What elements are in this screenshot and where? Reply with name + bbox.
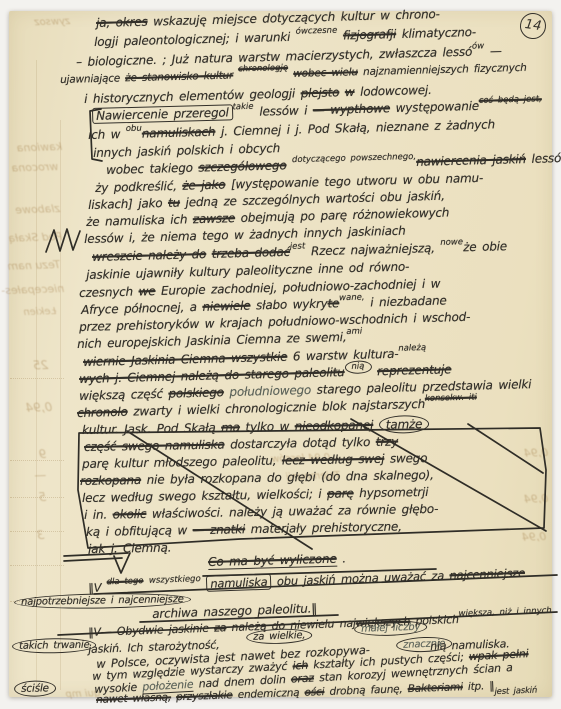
struck-text: Bakteriami [408, 681, 463, 695]
handwriting-text: i niezbadane [365, 293, 447, 309]
page-number: 14 [524, 17, 542, 34]
struck-text: coś będą jest, [479, 95, 542, 106]
handwriting-line: ściśle [14, 683, 56, 695]
struck-text: parę [327, 486, 354, 500]
struck-text: ami [346, 328, 362, 338]
handwriting-text: że namuliska ich [86, 212, 193, 229]
struck-text: wreszcie należy do [92, 247, 206, 264]
struck-text: jest [290, 242, 306, 252]
handwriting-text: Nawiercenie przeregol [92, 104, 233, 124]
struck-text: polskiego [168, 385, 224, 400]
handwriting-text: występowanie [390, 99, 479, 115]
struck-text: okolic [113, 507, 147, 522]
struck-text: — wypthowe [313, 101, 391, 117]
struck-text: chronologję [238, 64, 288, 75]
struck-text: że stanowisko kultur [125, 69, 233, 84]
handwriting-line: jak j. Ciemną. [88, 542, 171, 557]
struck-text: we [138, 284, 155, 298]
struck-text: ich [292, 659, 308, 673]
handwriting-text: właściwości. należy ją uważać za równie … [146, 502, 438, 521]
handwriting-line: Co ma być wyliczone . [208, 552, 346, 569]
handwriting-text: Rzecz najważniejszą, [305, 241, 440, 259]
handwriting-text: ży podkreślić, [95, 179, 183, 195]
handwriting-text: 6 warstw kultura- [287, 347, 399, 364]
handwriting-text: ściśle [14, 680, 56, 697]
struck-text: lecz według swej [282, 452, 385, 468]
handwriting-text: materjały prehistoryczne, [245, 519, 402, 536]
struck-text: wszystkiego [149, 575, 201, 586]
struck-text: wiernie Jaskinia Ciemna wszystkie [83, 350, 287, 369]
handwriting-text: czesnych [79, 284, 139, 300]
struck-text: konsekw. iti [425, 394, 477, 405]
handwriting-text: lessów, nale- [526, 150, 561, 166]
handwriting-text: i historycznych elementów geologji [84, 86, 301, 106]
handwriting-text: drobną faunę, [324, 683, 408, 698]
handwriting-text: innych jaskiń polskich i obcych [93, 141, 280, 160]
handwriting-text: parę kultur młodszego paleolitu, [82, 454, 282, 471]
struck-text: za [214, 621, 227, 634]
struck-text: niewiele [202, 299, 250, 314]
struck-text: nią [344, 360, 371, 374]
handwriting-text: najznamienniejszych fizycznych [358, 62, 527, 78]
struck-text: ja, okres [96, 15, 148, 30]
handwriting-text: obejmują po parę różnowiekowych [235, 205, 450, 225]
struck-text: rozkopana [80, 473, 141, 488]
handwriting-text: archiwa naszego [152, 603, 258, 622]
struck-text: jest jaskiń [494, 687, 537, 698]
handwriting-text: kultur. Jask. Pod Skałą [82, 421, 221, 437]
struck-text: takie [232, 103, 253, 113]
handwriting-text: lecz według swego kształtu, wielkości; i [82, 487, 327, 505]
handwriting-text: słabo wykry [250, 297, 327, 313]
handwriting-text: endemiczną [232, 687, 304, 702]
struck-text: — znatki [193, 522, 246, 537]
handwriting-text: ujawniające [60, 72, 125, 86]
struck-text: namuliskach [142, 125, 216, 141]
handwriting-text: dostarczyła dotąd tylko [224, 435, 376, 452]
handwriting-text: tamże [379, 415, 430, 434]
handwriting-line: innych jaskiń polskich i obcych [93, 142, 280, 160]
handwriting-text: namuliska [206, 574, 272, 592]
handwriting-text: większą część [79, 387, 169, 403]
struck-text: zawsze [193, 211, 236, 226]
struck-text: część swego namuliska [84, 438, 225, 454]
handwriting-text: jak j. Ciemną. [88, 541, 171, 556]
handwriting-text: lodowcowej. [354, 83, 431, 99]
struck-text: większa, niż i innych [458, 607, 551, 620]
handwriting-line: małej liczby [354, 621, 427, 635]
handwriting-text: ką i obfitującą w [86, 523, 193, 539]
handwriting-text: obu jaskiń można uważać za [271, 568, 450, 588]
struck-text: najcenniejsze [449, 566, 525, 583]
handwriting-text: południowego [229, 383, 311, 399]
handwriting-text: wskazuję miejsce dotyczących kultur w ch… [147, 7, 440, 29]
handwriting-text: . [336, 551, 346, 565]
handwriting-line: takich trwanie [12, 640, 97, 652]
struck-text: te [327, 296, 339, 310]
handwriting-text: — [484, 44, 502, 58]
struck-text: oraz [291, 671, 315, 685]
handwriting-text: paleolitu.‖ [257, 601, 317, 617]
struck-text: Co ma być wyliczone [208, 552, 337, 570]
handwriting-text: nie była rozkopana do głębi (do dna skal… [141, 468, 434, 487]
handwriting-text: j. Ciemnej i j. Pod Skałą, nieznane z ża… [215, 117, 495, 138]
struck-text: chronolo [77, 405, 128, 420]
struck-text: nawiercenia jaskiń [416, 152, 526, 169]
struck-text: nowe [440, 238, 463, 248]
handwriting-text: swego [384, 451, 427, 466]
handwriting-text: wobec takiego [106, 161, 199, 177]
struck-text: dla tego [107, 577, 144, 588]
handwriting-text: takich trwanie [12, 638, 97, 654]
handwriting-text: że obie [463, 239, 507, 254]
struck-text: trzeba dodać [212, 245, 291, 261]
handwriting-text: itp. ‖ [463, 680, 495, 693]
struck-text: obu [126, 125, 142, 135]
struck-text: należą [398, 344, 426, 354]
struck-text: przyszłakie [176, 689, 233, 703]
struck-text: fizjografji [343, 27, 396, 42]
handwriting-text: tylko w [240, 419, 295, 434]
handwriting-line: za wielkie, [246, 630, 312, 643]
handwriting-text: i in. [84, 508, 113, 522]
struck-text: nieodkopanej [295, 418, 374, 433]
struck-text: reprezentuje [377, 362, 452, 378]
struck-text: ma [221, 420, 240, 434]
struck-text: ówczesne [296, 27, 338, 37]
handwriting-text: ich w [88, 127, 126, 142]
handwriting-text: hypsometrji [353, 485, 428, 500]
struck-text: nawet własną, [96, 691, 171, 706]
struck-text: plejsto [301, 85, 340, 100]
handwriting-text: klimatyczno- [396, 25, 476, 41]
handwriting-text: logji paleontologicznej; i warunki [94, 30, 296, 49]
struck-text: dotyczącego powszechnego, [292, 153, 416, 166]
handwriting-line: ką i obfitującą w — znatki materjały pre… [86, 520, 402, 539]
struck-text: tu [168, 196, 180, 210]
struck-text: że jako [182, 178, 225, 193]
handwriting-line: ‖V dla tego wszystkiego namuliska obu ja… [88, 567, 525, 596]
struck-text: trzy [376, 435, 398, 449]
handwriting-text: lessów i [254, 103, 314, 119]
handwriting-layer: ja, okres wskazuję miejsce dotyczących k… [0, 0, 561, 709]
handwriting-text: Afryce północnej, a [81, 300, 203, 317]
struck-text: wane, [339, 294, 365, 304]
struck-text: ów [472, 42, 484, 52]
struck-text: wobec wielu [293, 66, 358, 80]
struck-text: szczegółowego [198, 158, 286, 174]
handwriting-text: liskach] jako [88, 196, 168, 212]
struck-text: ości [304, 686, 324, 699]
handwriting-text: ‖V— Obydwie jaskinie [88, 622, 214, 639]
